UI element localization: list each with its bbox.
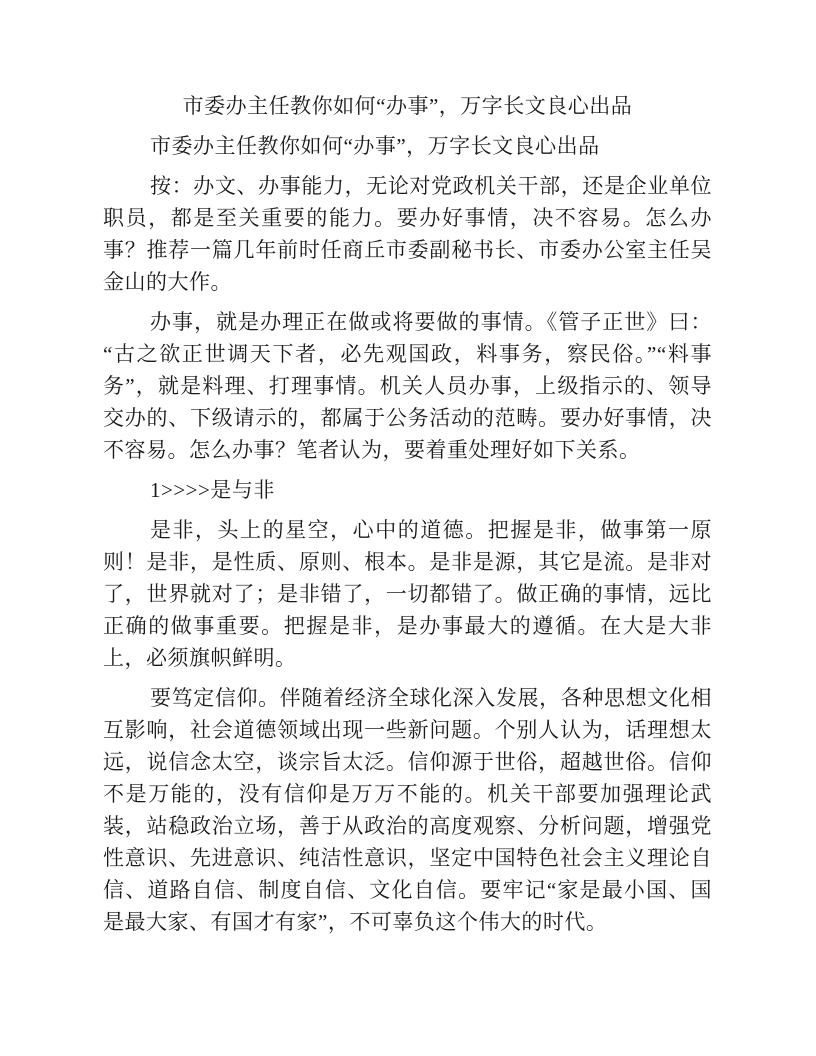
section-heading-1-right-and-wrong: 1>>>>是与非	[103, 474, 712, 506]
paragraph-title-repeat: 市委办主任教你如何“办事”，万字长文良心出品	[103, 130, 712, 162]
paragraph-firm-belief: 要笃定信仰。伴随着经济全球化深入发展，各种思想文化相互影响，社会道德领域出现一些…	[103, 682, 712, 938]
document-title: 市委办主任教你如何“办事”，万字长文良心出品	[103, 90, 712, 122]
document-page: 市委办主任教你如何“办事”，万字长文良心出品 市委办主任教你如何“办事”，万字长…	[0, 0, 816, 1056]
paragraph-intro-note: 按：办文、办事能力，无论对党政机关干部，还是企业单位职员，都是至关重要的能力。要…	[103, 170, 712, 298]
paragraph-right-and-wrong: 是非，头上的星空，心中的道德。把握是非，做事第一原则！是非，是性质、原则、根本。…	[103, 514, 712, 674]
paragraph-banshi-definition: 办事，就是办理正在做或将要做的事情。《管子正世》曰：“古之欲正世调天下者，必先观…	[103, 306, 712, 466]
